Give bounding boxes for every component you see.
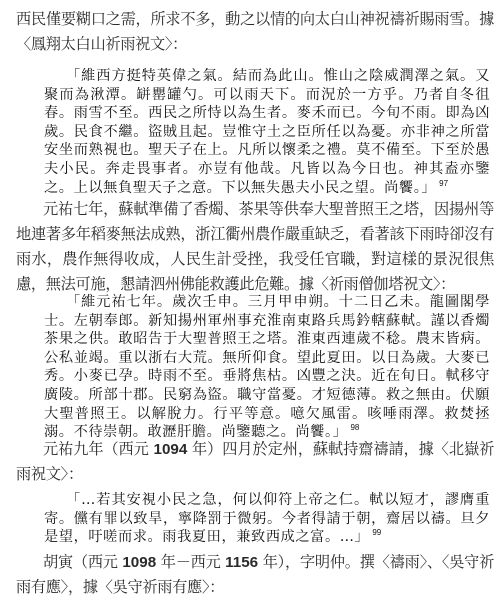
paragraph-text: 胡寅（西元 [43, 553, 122, 571]
year-number: 1094 [154, 441, 188, 458]
paragraph-sushi-yuanyou7: 元祐七年，蘇軾準備了香燭、茶果等供奉大聖普照王之塔，因揚州等地連著多年稻麥無法成… [16, 197, 494, 297]
quote-text: 「維西方挺特英偉之氣。結而為此山。惟山之陰威潤澤之氣。又聚而為湫潭。缾罌罐勺。可… [44, 68, 490, 196]
paragraph-intro-taibai: 西民僅要糊口之需，所求不多，動之以情的向太白山神祝禱祈賜雨雪。據〈鳳翔太白山祈雨… [16, 7, 494, 57]
paragraph-hu-yin: 胡寅（西元 1098 年－西元 1156 年），字明仲。撰〈禱雨〉、〈吳守祈雨有… [16, 550, 494, 600]
paragraph-sushi-yuanyou9: 元祐九年（西元 1094 年）四月於定州，蘇軾持齋禱請，據〈北嶽祈雨祝文〉： [16, 437, 494, 487]
footnote-marker[interactable]: 99 [372, 528, 381, 537]
year-number: 1098 [122, 554, 156, 571]
footnote-marker[interactable]: 98 [350, 423, 359, 432]
quote-text: 「…若其安視小民之急，何以仰符上帝之仁。軾以短才，謬膺重寄。儻有罪以致旱，寧降罰… [44, 492, 490, 545]
quote-taibai-prayer: 「維西方挺特英偉之氣。結而為此山。惟山之陰威潤澤之氣。又聚而為湫潭。缾罌罐勺。可… [44, 67, 490, 197]
footnote-marker[interactable]: 97 [439, 179, 448, 188]
quote-beiyue-prayer: 「…若其安視小民之急，何以仰符上帝之仁。軾以短才，謬膺重寄。儻有罪以致旱，寧降罰… [44, 491, 490, 547]
year-number: 1156 [225, 554, 258, 571]
paragraph-text: 元祐七年，蘇軾準備了香燭、茶果等供奉大聖普照王之塔，因揚州等地連著多年稻麥無法成… [16, 200, 494, 293]
paragraph-text: 元祐九年（西元 [43, 440, 154, 458]
paragraph-text: 年－西元 [156, 553, 225, 571]
paragraph-text: 西民僅要糊口之需，所求不多，動之以情的向太白山神祝禱祈賜雨雪。據〈鳳翔太白山祈雨… [16, 10, 494, 53]
quote-text: 「維元祐七年。歲次壬申。三月甲申朔。十二日乙未。龍圖閣學士。左朝奉郎。新知揚州軍… [44, 294, 490, 440]
quote-sengqie-pagoda-prayer: 「維元祐七年。歲次壬申。三月甲申朔。十二日乙未。龍圖閣學士。左朝奉郎。新知揚州軍… [44, 293, 490, 442]
